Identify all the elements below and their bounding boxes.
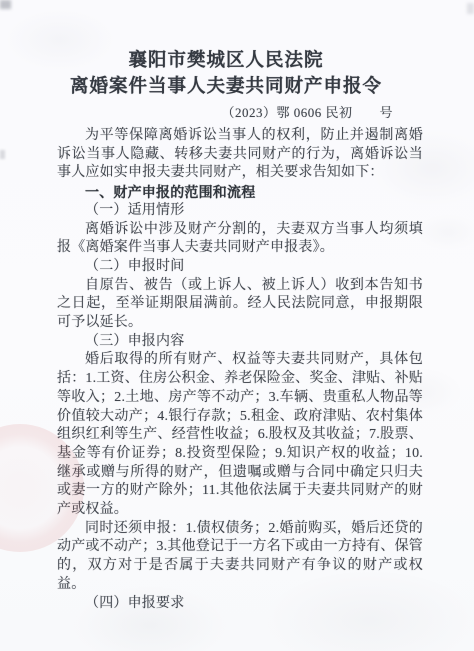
subsection-heading-1: （一）适用情形 [57, 202, 423, 221]
section-heading-1: 一、财产申报的范围和流程 [57, 183, 423, 202]
paragraph-applicable-cases: 离婚诉讼中涉及财产分割的，夫妻双方当事人均须填报《离婚案件当事人夫妻共同财产申报… [57, 221, 423, 258]
paragraph-declare-time: 自原告、被告（或上诉人、被上诉人）收到本告知书之日起，至举证期限届满前。经人民法… [57, 277, 423, 333]
scanned-document-page: 襄阳市樊城区人民法院 离婚案件当事人夫妻共同财产申报令 （2023）鄂 0606… [0, 0, 474, 651]
case-number: （2023）鄂 0606 民初 号 [57, 104, 423, 121]
scan-artifact-top-left [0, 0, 11, 9]
court-name: 襄阳市樊城区人民法院 [0, 0, 452, 73]
scan-artifact-top-right [467, 3, 474, 14]
paragraph-additional-items: 同时还须申报：1.债权债务；2.婚前购买，婚后还贷的动产或不动产；3.其他登记于… [57, 520, 423, 595]
subsection-heading-3: （三）申报内容 [57, 333, 423, 352]
subsection-heading-2: （二）申报时间 [57, 258, 423, 277]
subsection-heading-4: （四）申报要求 [57, 595, 423, 614]
scan-artifact-left-edge [0, 150, 5, 159]
document-title: 离婚案件当事人夫妻共同财产申报令 [0, 73, 452, 99]
paragraph-intro: 为平等保障离婚诉讼当事人的权利，防止并遏制离婚诉讼当事人隐藏、转移夫妻共同财产的… [57, 127, 423, 183]
document-body: 为平等保障离婚诉讼当事人的权利，防止并遏制离婚诉讼当事人隐藏、转移夫妻共同财产的… [57, 127, 423, 613]
paragraph-declare-content: 婚后取得的所有财产、权益等夫妻共同财产，具体包括：1.工资、住房公积金、养老保险… [57, 351, 423, 519]
